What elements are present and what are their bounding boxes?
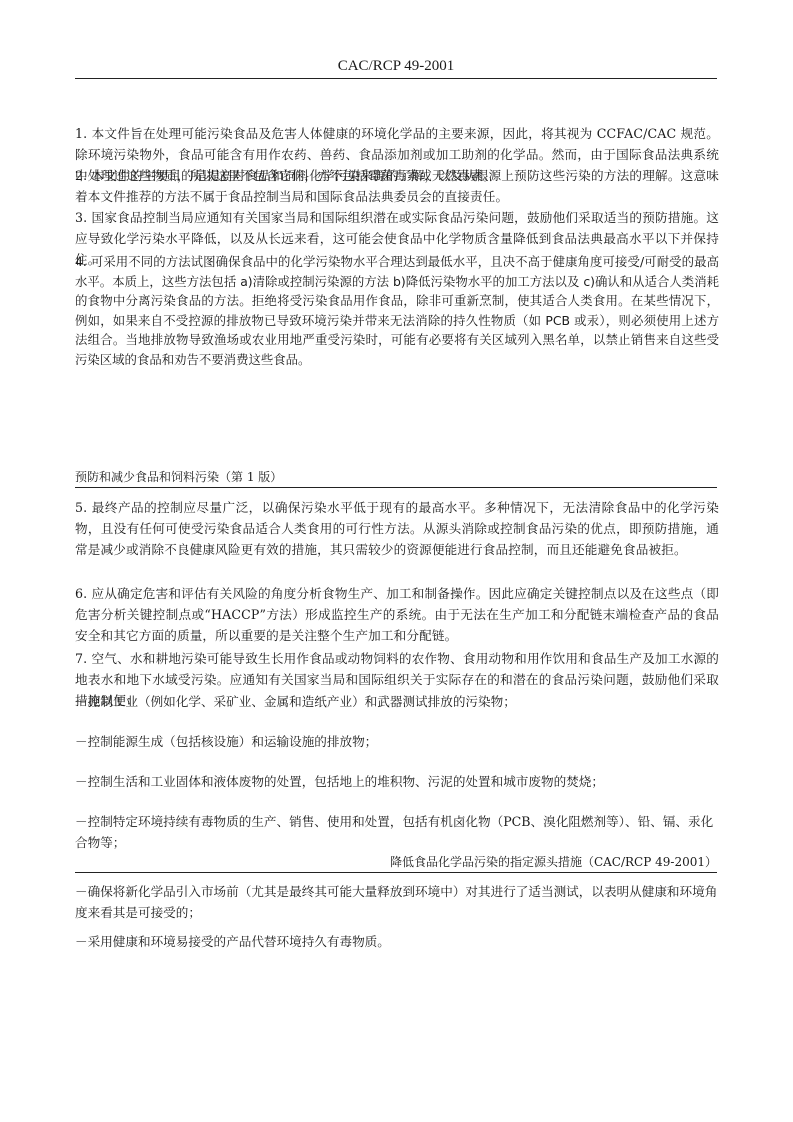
footer-rule	[75, 487, 717, 488]
header-rule	[75, 78, 717, 79]
paragraph-4: 4. 可采用不同的方法试图确保食品中的化学污染物水平合理达到最低水平，且决不高于…	[75, 252, 719, 370]
bullet-item: －确保将新化学品引入市场前（尤其是最终其可能大量释放到环境中）对其进行了适当测试…	[75, 881, 725, 923]
paragraph-2: 2. 本文件的主要目的是提高对食品和饲料化学污染来源的了解，以及从根源上预防这些…	[75, 165, 719, 207]
bullet-item: －控制生活和工业固体和液体废物的处置，包括地上的堆积物、污泥的处置和城市废物的焚…	[75, 771, 725, 792]
running-footer-title: 预防和减少食品和饲料污染（第 1 版）	[75, 468, 282, 485]
header-rule-2	[75, 872, 717, 873]
bullet-item: －采用健康和环境易接受的产品代替环境持久有毒物质。	[75, 931, 725, 952]
running-header-code: CAC/RCP 49-2001	[75, 58, 717, 75]
paragraph-5: 5. 最终产品的控制应尽量广泛，以确保污染水平低于现有的最高水平。多种情况下，无…	[75, 497, 719, 560]
bullet-item: －控制能源生成（包括核设施）和运输设施的排放物；	[75, 731, 725, 752]
paragraph-6: 6. 应从确定危害和评估有关风险的角度分析食物生产、加工和制备操作。因此应确定关…	[75, 583, 719, 646]
running-header-title: 降低食品化学品污染的指定源头措施（CAC/RCP 49-2001）	[390, 853, 717, 870]
bullet-item: －控制特定环境持续有毒物质的生产、销售、使用和处置，包括有机卤化物（PCB、溴化…	[75, 811, 725, 853]
bullet-item: －控制工业（例如化学、采矿业、金属和造纸产业）和武器测试排放的污染物；	[75, 691, 725, 712]
